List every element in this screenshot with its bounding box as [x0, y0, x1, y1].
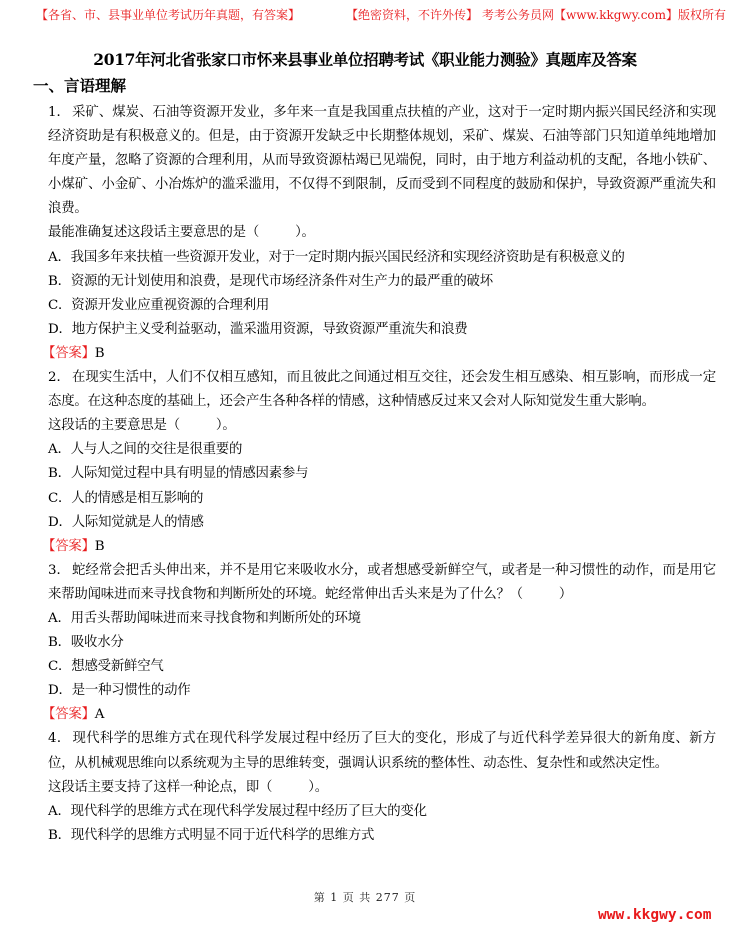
section-heading: 一、言语理解 — [33, 76, 126, 96]
answer-value: A — [95, 707, 104, 722]
header-banner-middle: 【绝密资料，不许外传】 — [346, 6, 478, 24]
question-stem: 2．在现实生活中，人们不仅相互感知，而且彼此之间通过相互交往，还会发生相互感染、… — [48, 366, 716, 414]
question-stem: 3．蛇经常会把舌头伸出来，并不是用它来吸收水分，或者想感受新鲜空气，或者是一种习… — [48, 559, 716, 607]
question-number: 1． — [48, 105, 70, 120]
answer-label: 【答案】 — [42, 707, 95, 722]
document-title: 2017年河北省张家口市怀来县事业单位招聘考试《职业能力测验》真题库及答案 — [0, 50, 730, 70]
header-banner-right: 考考公务员网【www.kkgwy.com】版权所有 — [482, 6, 726, 24]
question-stem: 1．采矿、煤炭、石油等资源开发业，多年来一直是我国重点扶植的产业，这对于一定时期… — [48, 101, 716, 221]
question-prompt: 这段话主要支持了这样一种论点，即（）。 — [48, 776, 716, 800]
document-body: 1．采矿、煤炭、石油等资源开发业，多年来一直是我国重点扶植的产业，这对于一定时期… — [48, 101, 716, 848]
option-a: A．我国多年来扶植一些资源开发业，对于一定时期内振兴国民经济和实现经济资助是有积… — [48, 246, 716, 270]
option-d: D．人际知觉就是人的情感 — [48, 511, 716, 535]
option-a: A．现代科学的思维方式在现代科学发展过程中经历了巨大的变化 — [48, 800, 716, 824]
option-b: B．人际知觉过程中具有明显的情感因素参与 — [48, 462, 716, 486]
site-watermark: www.kkgwy.com — [598, 907, 712, 923]
option-d: D．是一种习惯性的动作 — [48, 679, 716, 703]
page-indicator: 第 1 页 共 277 页 — [0, 891, 730, 905]
option-a: A．用舌头帮助闻味进而来寻找食物和判断所处的环境 — [48, 607, 716, 631]
question-text: 在现实生活中，人们不仅相互感知，而且彼此之间通过相互交往，还会发生相互感染、相互… — [48, 370, 716, 409]
answer-label: 【答案】 — [42, 346, 95, 361]
question-number: 2． — [48, 370, 70, 385]
option-b: B．现代科学的思维方式明显不同于近代科学的思维方式 — [48, 824, 716, 848]
question-text: 现代科学的思维方式在现代科学发展过程中经历了巨大的变化，形成了与近代科学差异很大… — [48, 731, 716, 770]
question-prompt: 最能准确复述这段话主要意思的是（）。 — [48, 221, 716, 245]
answer-line: 【答案】B — [42, 342, 716, 366]
answer-line: 【答案】A — [42, 703, 716, 727]
header-banner: 【各省、市、县事业单位考试历年真题，有答案】 【绝密资料，不许外传】 考考公务员… — [0, 6, 730, 24]
answer-line: 【答案】B — [42, 535, 716, 559]
question-number: 3． — [48, 563, 70, 578]
question-text: 采矿、煤炭、石油等资源开发业，多年来一直是我国重点扶植的产业，这对于一定时期内振… — [48, 105, 716, 216]
option-b: B．资源的无计划使用和浪费，是现代市场经济条件对生产力的最严重的破坏 — [48, 270, 716, 294]
option-a: A．人与人之间的交往是很重要的 — [48, 438, 716, 462]
option-c: C．人的情感是相互影响的 — [48, 487, 716, 511]
option-c: C．想感受新鲜空气 — [48, 655, 716, 679]
answer-value: B — [95, 346, 105, 361]
question-text: 蛇经常会把舌头伸出来，并不是用它来吸收水分，或者想感受新鲜空气，或者是一种习惯性… — [48, 563, 716, 602]
question-number: 4． — [48, 731, 71, 746]
option-b: B．吸收水分 — [48, 631, 716, 655]
option-c: C．资源开发业应重视资源的合理利用 — [48, 294, 716, 318]
answer-value: B — [95, 539, 105, 554]
question-prompt: 这段话的主要意思是（）。 — [48, 414, 716, 438]
question-stem: 4．现代科学的思维方式在现代科学发展过程中经历了巨大的变化，形成了与近代科学差异… — [48, 727, 716, 775]
header-banner-left: 【各省、市、县事业单位考试历年真题，有答案】 — [36, 6, 300, 24]
answer-label: 【答案】 — [42, 539, 95, 554]
option-d: D．地方保护主义受利益驱动，滥采滥用资源，导致资源严重流失和浪费 — [48, 318, 716, 342]
